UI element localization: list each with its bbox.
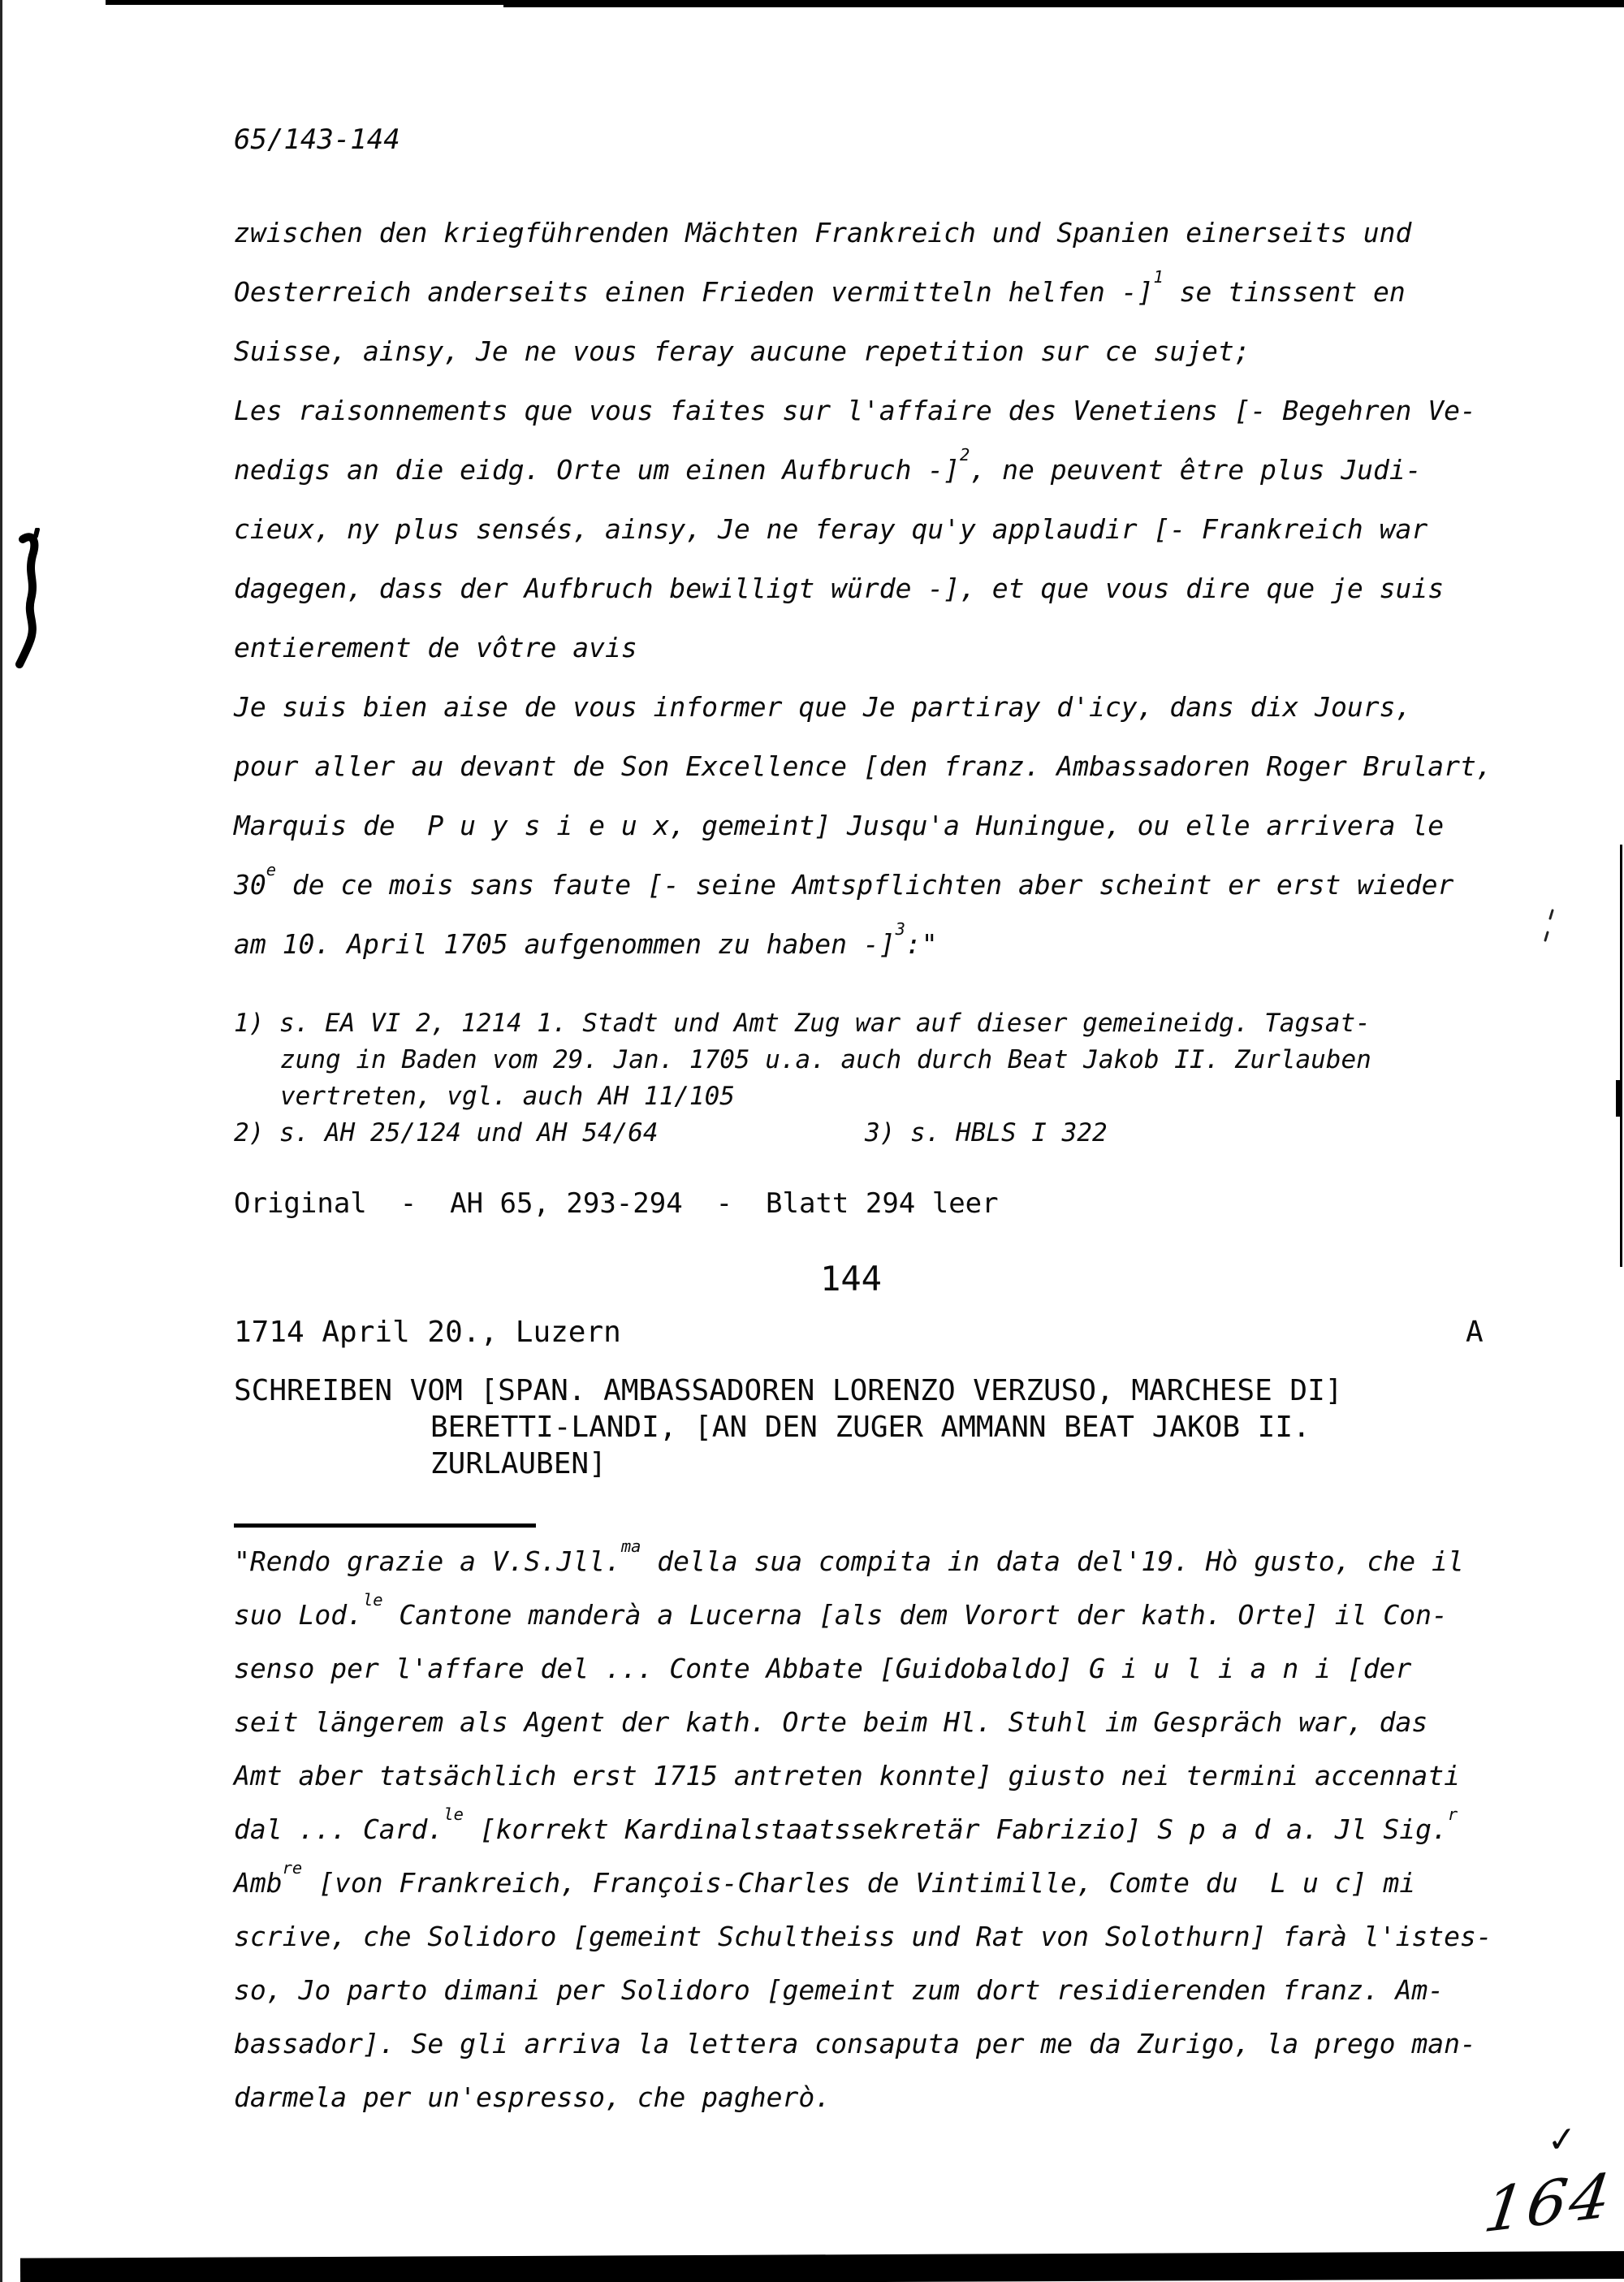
scan-bottom-edge-artifact	[20, 2251, 1624, 2282]
regest-line: am 10. April 1705 aufgenommen zu haben -…	[234, 914, 1492, 974]
regest-line: dagegen, dass der Aufbruch bewilligt wür…	[234, 559, 1492, 618]
text-segment: "Rendo grazie a V.S.Jll.	[234, 1545, 621, 1577]
footnote-3: 3) s. HBLS I 322	[865, 1115, 1108, 1152]
footnote-line: vertreten, vgl. auch AH 11/105	[234, 1078, 1371, 1115]
footnote-2: 2) s. AH 25/124 und AH 54/64	[234, 1118, 659, 1147]
footnote-marker: 3	[896, 919, 905, 939]
text-segment: Amb	[234, 1867, 283, 1899]
letter-line: suo Lod.le Cantone manderà a Lucerna [al…	[234, 1588, 1492, 1642]
superscript: e	[266, 860, 276, 880]
provenance-line: Original - AH 65, 293-294 - Blatt 294 le…	[234, 1187, 999, 1220]
text-segment: de ce mois sans faute [- seine Amtspflic…	[276, 869, 1453, 901]
check-mark: ✓	[1548, 2114, 1575, 2163]
footnote-line: zung in Baden vom 29. Jan. 1705 u.a. auc…	[234, 1042, 1371, 1078]
ink-speck-mark	[1541, 908, 1562, 947]
text-segment: am 10. April 1705 aufgenommen zu haben -…	[234, 928, 896, 960]
text-segment: dal ... Card.	[234, 1813, 443, 1845]
letter-line: darmela per un'espresso, che pagherò.	[234, 2071, 1492, 2124]
text-segment: [von Frankreich, François-Charles de Vin…	[302, 1867, 1415, 1899]
separator-rule	[234, 1523, 536, 1528]
regest-line: nedigs an die eidg. Orte um einen Aufbru…	[234, 440, 1492, 499]
page-reference-header: 65/143-144	[234, 123, 400, 156]
letter-line: "Rendo grazie a V.S.Jll.ma della sua com…	[234, 1535, 1492, 1588]
text-segment: Oesterreich anderseits einen Frieden ver…	[234, 276, 1153, 308]
footnote-marker: 1	[1153, 267, 1163, 287]
letter-line: seit längerem als Agent der kath. Orte b…	[234, 1696, 1492, 1749]
footnote-line: 2) s. AH 25/124 und AH 54/643) s. HBLS I…	[234, 1115, 1371, 1152]
regest-line: Les raisonnements que vous faites sur l'…	[234, 381, 1492, 440]
superscript: le	[443, 1804, 464, 1824]
footnote-marker: 2	[960, 445, 970, 465]
text-segment: Cantone manderà a Lucerna [als dem Voror…	[383, 1599, 1448, 1631]
handwritten-page-number: 164	[1480, 2159, 1618, 2246]
text-segment: [korrekt Kardinalstaatssekretär Fabrizio…	[464, 1813, 1448, 1845]
regest-line: 30e de ce mois sans faute [- seine Amtsp…	[234, 855, 1492, 914]
regest-line: zwischen den kriegführenden Mächten Fran…	[234, 203, 1492, 262]
entry-title-line-3: ZURLAUBEN]	[430, 1447, 607, 1480]
letter-line: Ambre [von Frankreich, François-Charles …	[234, 1856, 1492, 1910]
superscript: ma	[621, 1536, 641, 1556]
superscript: re	[283, 1858, 303, 1878]
entry-number: 144	[820, 1259, 882, 1299]
regest-line: Suisse, ainsy, Je ne vous feray aucune r…	[234, 322, 1492, 381]
text-segment: se tinssent en	[1164, 276, 1406, 308]
scan-left-edge-artifact	[0, 0, 2, 2282]
regest-line: pour aller au devant de Son Excellence […	[234, 737, 1492, 796]
source-siglum: A	[1466, 1316, 1484, 1349]
superscript: r	[1448, 1804, 1458, 1824]
scanned-document-page: 65/143-144 zwischen den kriegführenden M…	[0, 0, 1624, 2282]
letter-line: bassador]. Se gli arriva la lettera cons…	[234, 2017, 1492, 2071]
entry-title-line-1: SCHREIBEN VOM [SPAN. AMBASSADOREN LORENZ…	[234, 1374, 1342, 1407]
text-segment: suo Lod.	[234, 1599, 363, 1631]
footnote-line: 1) s. EA VI 2, 1214 1. Stadt und Amt Zug…	[234, 1005, 1371, 1042]
regest-line: cieux, ny plus sensés, ainsy, Je ne fera…	[234, 499, 1492, 559]
letter-144-body: "Rendo grazie a V.S.Jll.ma della sua com…	[234, 1535, 1492, 2124]
entry-title-line-2: BERETTI-LANDI, [AN DEN ZUGER AMMANN BEAT…	[430, 1411, 1311, 1444]
superscript: le	[363, 1590, 383, 1610]
regest-line: Marquis de P u y s i e u x, gemeint] Jus…	[234, 796, 1492, 855]
regest-line: Oesterreich anderseits einen Frieden ver…	[234, 262, 1492, 322]
scan-right-edge-blob	[1616, 1080, 1622, 1117]
scan-top-edge-artifact-2	[503, 0, 1624, 7]
text-segment: 30	[234, 869, 266, 901]
ink-blob-mark	[5, 528, 44, 670]
text-segment: :"	[905, 928, 938, 960]
scan-right-edge-artifact	[1620, 845, 1622, 1267]
text-segment: , ne peuvent être plus Judi-	[970, 454, 1421, 486]
letter-line: Amt aber tatsächlich erst 1715 antreten …	[234, 1749, 1492, 1803]
text-segment: della sua compita in data del'19. Hò gus…	[641, 1545, 1463, 1577]
text-segment: nedigs an die eidg. Orte um einen Aufbru…	[234, 454, 960, 486]
letter-line: scrive, che Solidoro [gemeint Schultheis…	[234, 1910, 1492, 1964]
entry-dateline: 1714 April 20., LuzernA	[234, 1316, 1533, 1349]
regest-143-body: zwischen den kriegführenden Mächten Fran…	[234, 203, 1492, 974]
letter-line: dal ... Card.le [korrekt Kardinalstaatss…	[234, 1803, 1492, 1856]
footnotes-block: 1) s. EA VI 2, 1214 1. Stadt und Amt Zug…	[234, 1005, 1371, 1152]
regest-line: entierement de vôtre avis	[234, 618, 1492, 677]
dateline-text: 1714 April 20., Luzern	[234, 1316, 621, 1349]
letter-line: senso per l'affare del ... Conte Abbate …	[234, 1642, 1492, 1696]
regest-line: Je suis bien aise de vous informer que J…	[234, 677, 1492, 737]
letter-line: so, Jo parto dimani per Solidoro [gemein…	[234, 1964, 1492, 2017]
